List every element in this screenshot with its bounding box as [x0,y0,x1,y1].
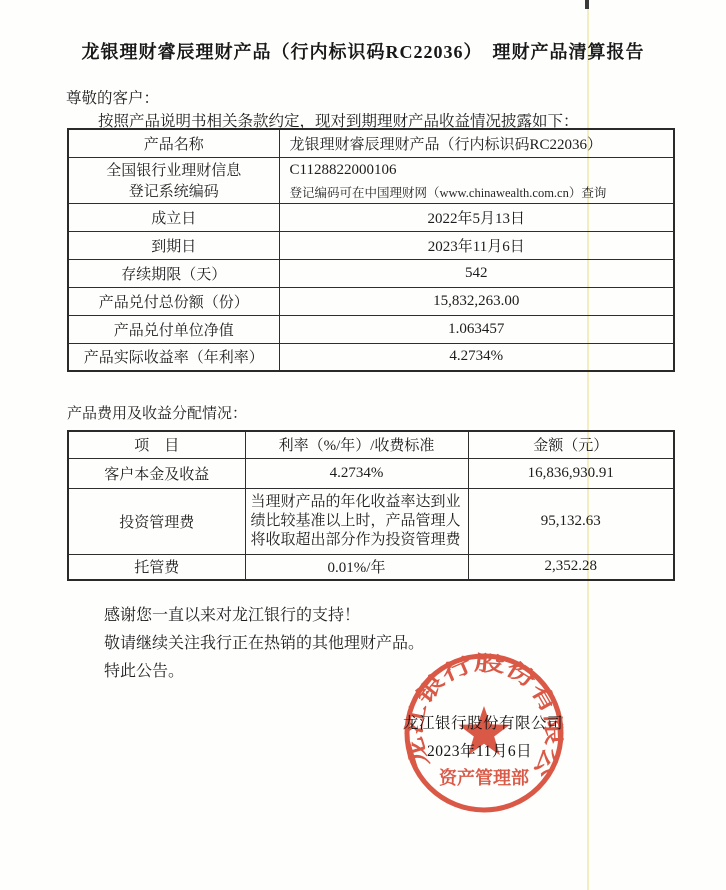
seal-department-text: 资产管理部 [439,767,529,788]
document-page: 龙银理财睿辰理财产品（行内标识码RC22036） 理财产品清算报告 尊敬的客户：… [0,0,726,890]
row-label: 存续期限（天） [68,259,279,287]
row-value: 4.2734% [279,343,674,371]
row-value: 2023年11月6日 [279,231,674,259]
fee-item: 托管费 [68,554,245,580]
fee-section-heading: 产品费用及收益分配情况： [67,402,247,423]
signature-date: 2023年11月6日 [427,739,532,761]
fee-header-amount: 金额（元） [468,431,674,458]
table-row: 成立日 2022年5月13日 [68,203,674,231]
closing-line: 特此公告。 [104,658,184,681]
company-seal: 龙江银行股份有限公司 资产管理部 [400,649,568,817]
signature-company: 龙江银行股份有限公司 [403,711,563,733]
table-row: 存续期限（天） 542 [68,259,674,287]
fee-amount: 95,132.63 [468,488,674,554]
table-row: 投资管理费 当理财产品的年化收益率达到业绩比较基准以上时，产品管理人将收取超出部… [68,488,674,554]
row-value: 15,832,263.00 [279,287,674,315]
table-row: 产品实际收益率（年利率） 4.2734% [68,343,674,371]
fee-item: 投资管理费 [68,488,245,554]
table-row: 产品兑付单位净值 1.063457 [68,315,674,343]
fee-item: 客户本金及收益 [68,458,245,488]
product-info-table: 产品名称 龙银理财睿辰理财产品（行内标识码RC22036） 全国银行业理财信息 … [67,128,675,372]
row-label: 到期日 [68,231,279,259]
row-label: 产品名称 [68,129,279,157]
registration-note: 登记编码可在中国理财网（www.chinawealth.com.cn）查询 [290,186,668,201]
row-value: C1128822000106 登记编码可在中国理财网（www.chinaweal… [279,157,674,203]
fee-header-item: 项 目 [68,431,245,458]
fee-amount: 16,836,930.91 [468,458,674,488]
row-value: 542 [279,259,674,287]
table-row: 托管费 0.01%/年 2,352.28 [68,554,674,580]
row-label-line2: 登记系统编码 [75,180,273,201]
row-label: 产品兑付单位净值 [68,315,279,343]
fee-table: 项 目 利率（%/年）/收费标准 金额（元） 客户本金及收益 4.2734% 1… [67,430,675,581]
fee-amount: 2,352.28 [468,554,674,580]
greeting-text: 尊敬的客户： [66,86,159,108]
row-value: 龙银理财睿辰理财产品（行内标识码RC22036） [279,129,674,157]
table-row: 全国银行业理财信息 登记系统编码 C1128822000106 登记编码可在中国… [68,157,674,203]
row-value: 2022年5月13日 [279,203,674,231]
row-label: 全国银行业理财信息 登记系统编码 [68,157,279,203]
table-row: 客户本金及收益 4.2734% 16,836,930.91 [68,458,674,488]
fee-rate: 4.2734% [245,458,468,488]
fee-rate: 0.01%/年 [245,554,468,580]
row-value: 1.063457 [279,315,674,343]
table-row: 到期日 2023年11月6日 [68,231,674,259]
row-label: 产品实际收益率（年利率） [68,343,279,371]
company-seal-graphic: 龙江银行股份有限公司 资产管理部 [400,649,568,817]
table-row: 产品名称 龙银理财睿辰理财产品（行内标识码RC22036） [68,129,674,157]
closing-line: 敬请继续关注我行正在热销的其他理财产品。 [104,630,424,653]
closing-line: 感谢您一直以来对龙江银行的支持！ [104,602,360,625]
row-label-line1: 全国银行业理财信息 [75,159,273,180]
scan-artifact-mark [585,0,589,9]
table-row: 产品兑付总份额（份） 15,832,263.00 [68,287,674,315]
registration-code: C1128822000106 [290,161,668,179]
fee-rate: 当理财产品的年化收益率达到业绩比较基准以上时，产品管理人将收取超出部分作为投资管… [245,488,468,554]
row-label: 成立日 [68,203,279,231]
table-header-row: 项 目 利率（%/年）/收费标准 金额（元） [68,431,674,458]
fee-header-rate: 利率（%/年）/收费标准 [245,431,468,458]
page-title: 龙银理财睿辰理财产品（行内标识码RC22036） 理财产品清算报告 [0,38,726,64]
row-label: 产品兑付总份额（份） [68,287,279,315]
